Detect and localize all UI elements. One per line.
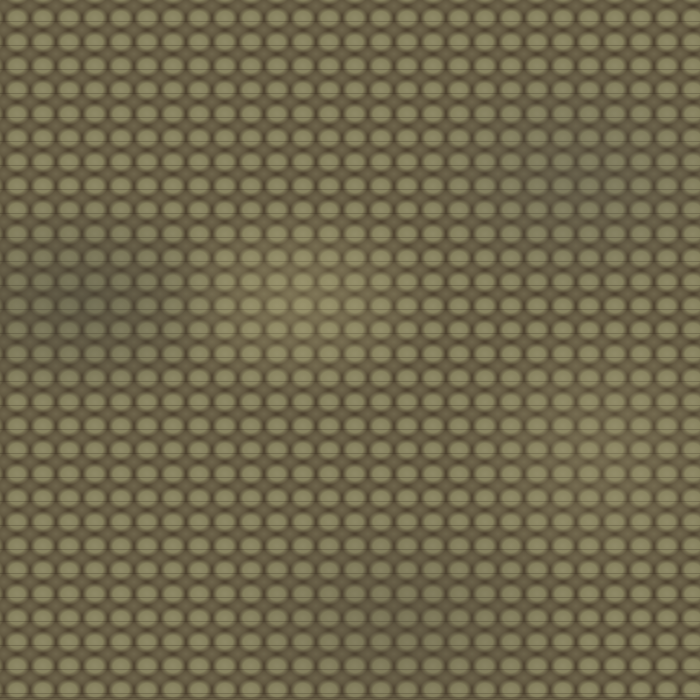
tonal-variation xyxy=(0,0,700,700)
rug-texture xyxy=(0,0,700,700)
